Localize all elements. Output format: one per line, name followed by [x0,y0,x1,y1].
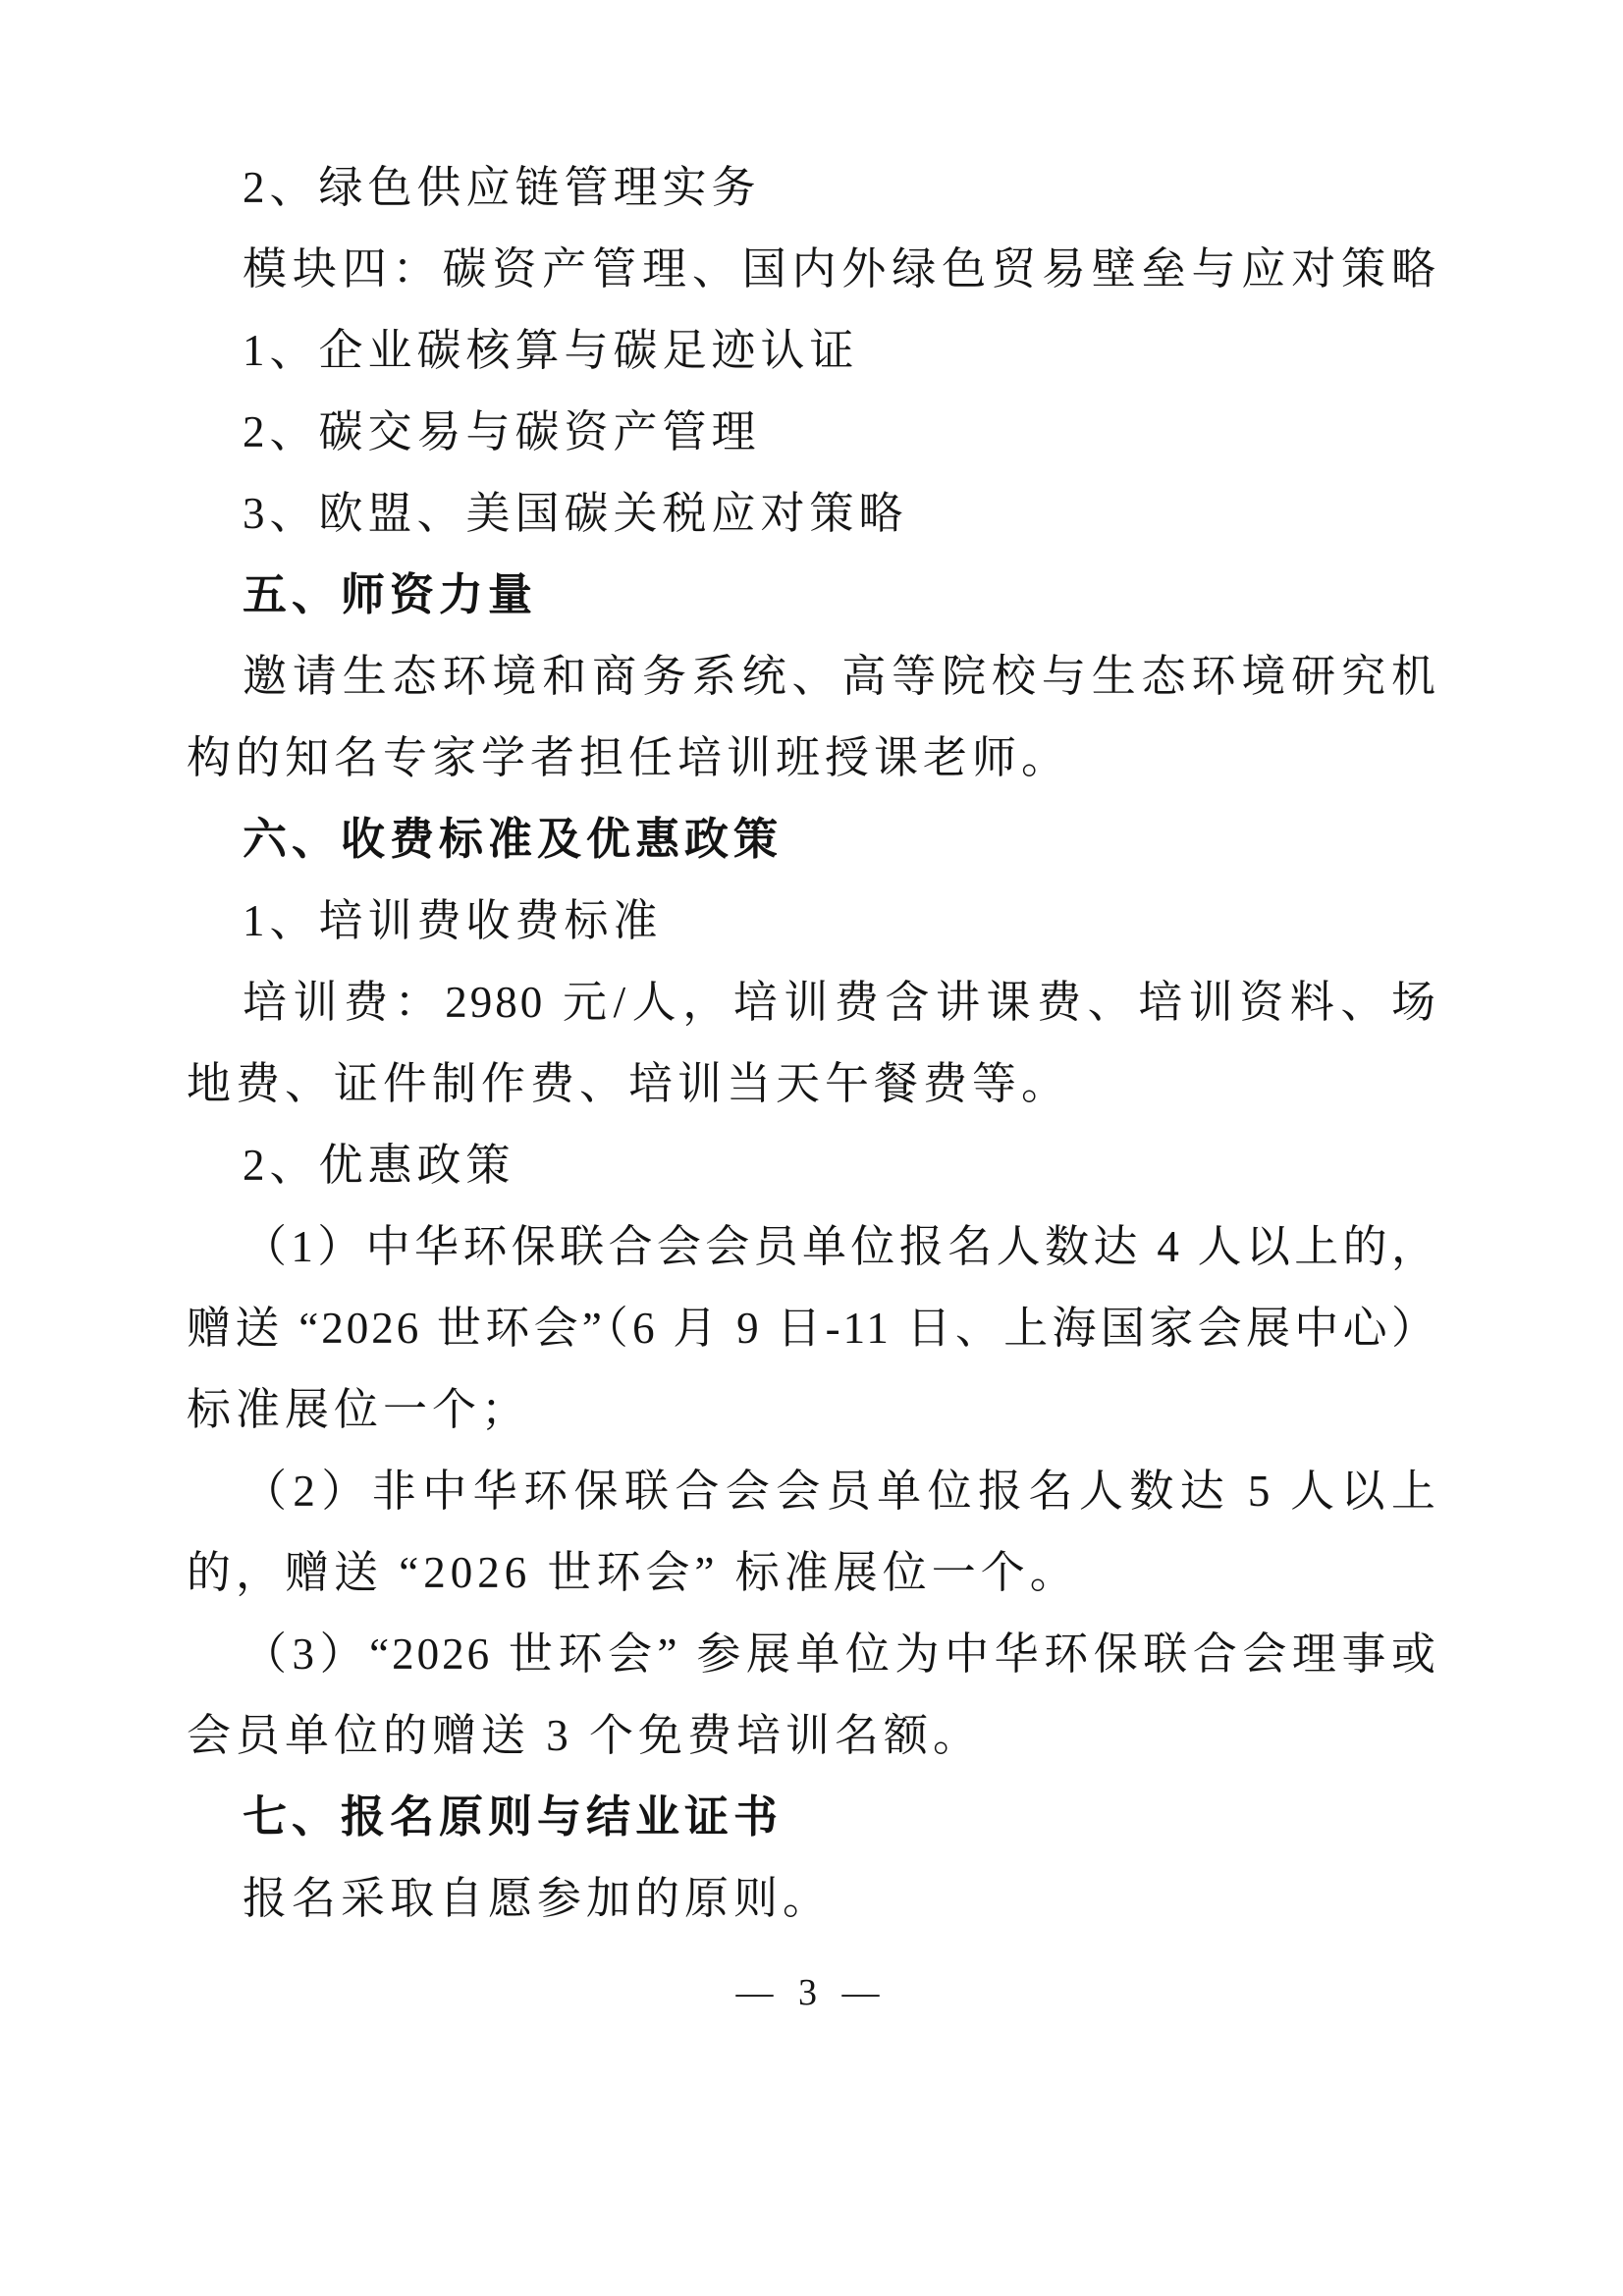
text-line: （3）“2026 世环会” 参展单位为中华环保联合会理事或 [187,1614,1438,1695]
text-line: 赠送 “2026 世环会”（6 月 9 日-11 日、上海国家会展中心） [187,1288,1438,1369]
text-line: 模块四：碳资产管理、国内外绿色贸易壁垒与应对策略 [187,229,1438,310]
text-line: 2、绿色供应链管理实务 [187,147,1438,229]
text-line: 地费、证件制作费、培训当天午餐费等。 [187,1043,1438,1125]
section-heading: 六、收费标准及优惠政策 [187,799,1438,881]
text-line: （2）非中华环保联合会会员单位报名人数达 5 人以上 [187,1451,1438,1532]
document-body: 2、绿色供应链管理实务 模块四：碳资产管理、国内外绿色贸易壁垒与应对策略 1、企… [187,147,1438,1940]
text-line: 1、企业碳核算与碳足迹认证 [187,310,1438,392]
text-line: 2、碳交易与碳资产管理 [187,392,1438,473]
text-line: 培训费：2980 元/人，培训费含讲课费、培训资料、场 [187,962,1438,1043]
text-line: 1、培训费收费标准 [187,881,1438,962]
text-line: 会员单位的赠送 3 个免费培训名额。 [187,1695,1438,1777]
text-line: 2、优惠政策 [187,1125,1438,1206]
text-line: （1）中华环保联合会会员单位报名人数达 4 人以上的， [187,1206,1438,1288]
section-heading: 五、师资力量 [187,555,1438,636]
text-line: 构的知名专家学者担任培训班授课老师。 [187,718,1438,799]
document-page: 2、绿色供应链管理实务 模块四：碳资产管理、国内外绿色贸易壁垒与应对策略 1、企… [0,0,1623,2296]
section-heading: 七、报名原则与结业证书 [187,1777,1438,1858]
text-line: 的，赠送 “2026 世环会” 标准展位一个。 [187,1532,1438,1614]
text-line: 邀请生态环境和商务系统、高等院校与生态环境研究机 [187,636,1438,718]
text-line: 3、欧盟、美国碳关税应对策略 [187,473,1438,555]
text-line: 报名采取自愿参加的原则。 [187,1858,1438,1940]
page-number: — 3 — [0,1971,1623,2014]
text-line: 标准展位一个； [187,1369,1438,1451]
